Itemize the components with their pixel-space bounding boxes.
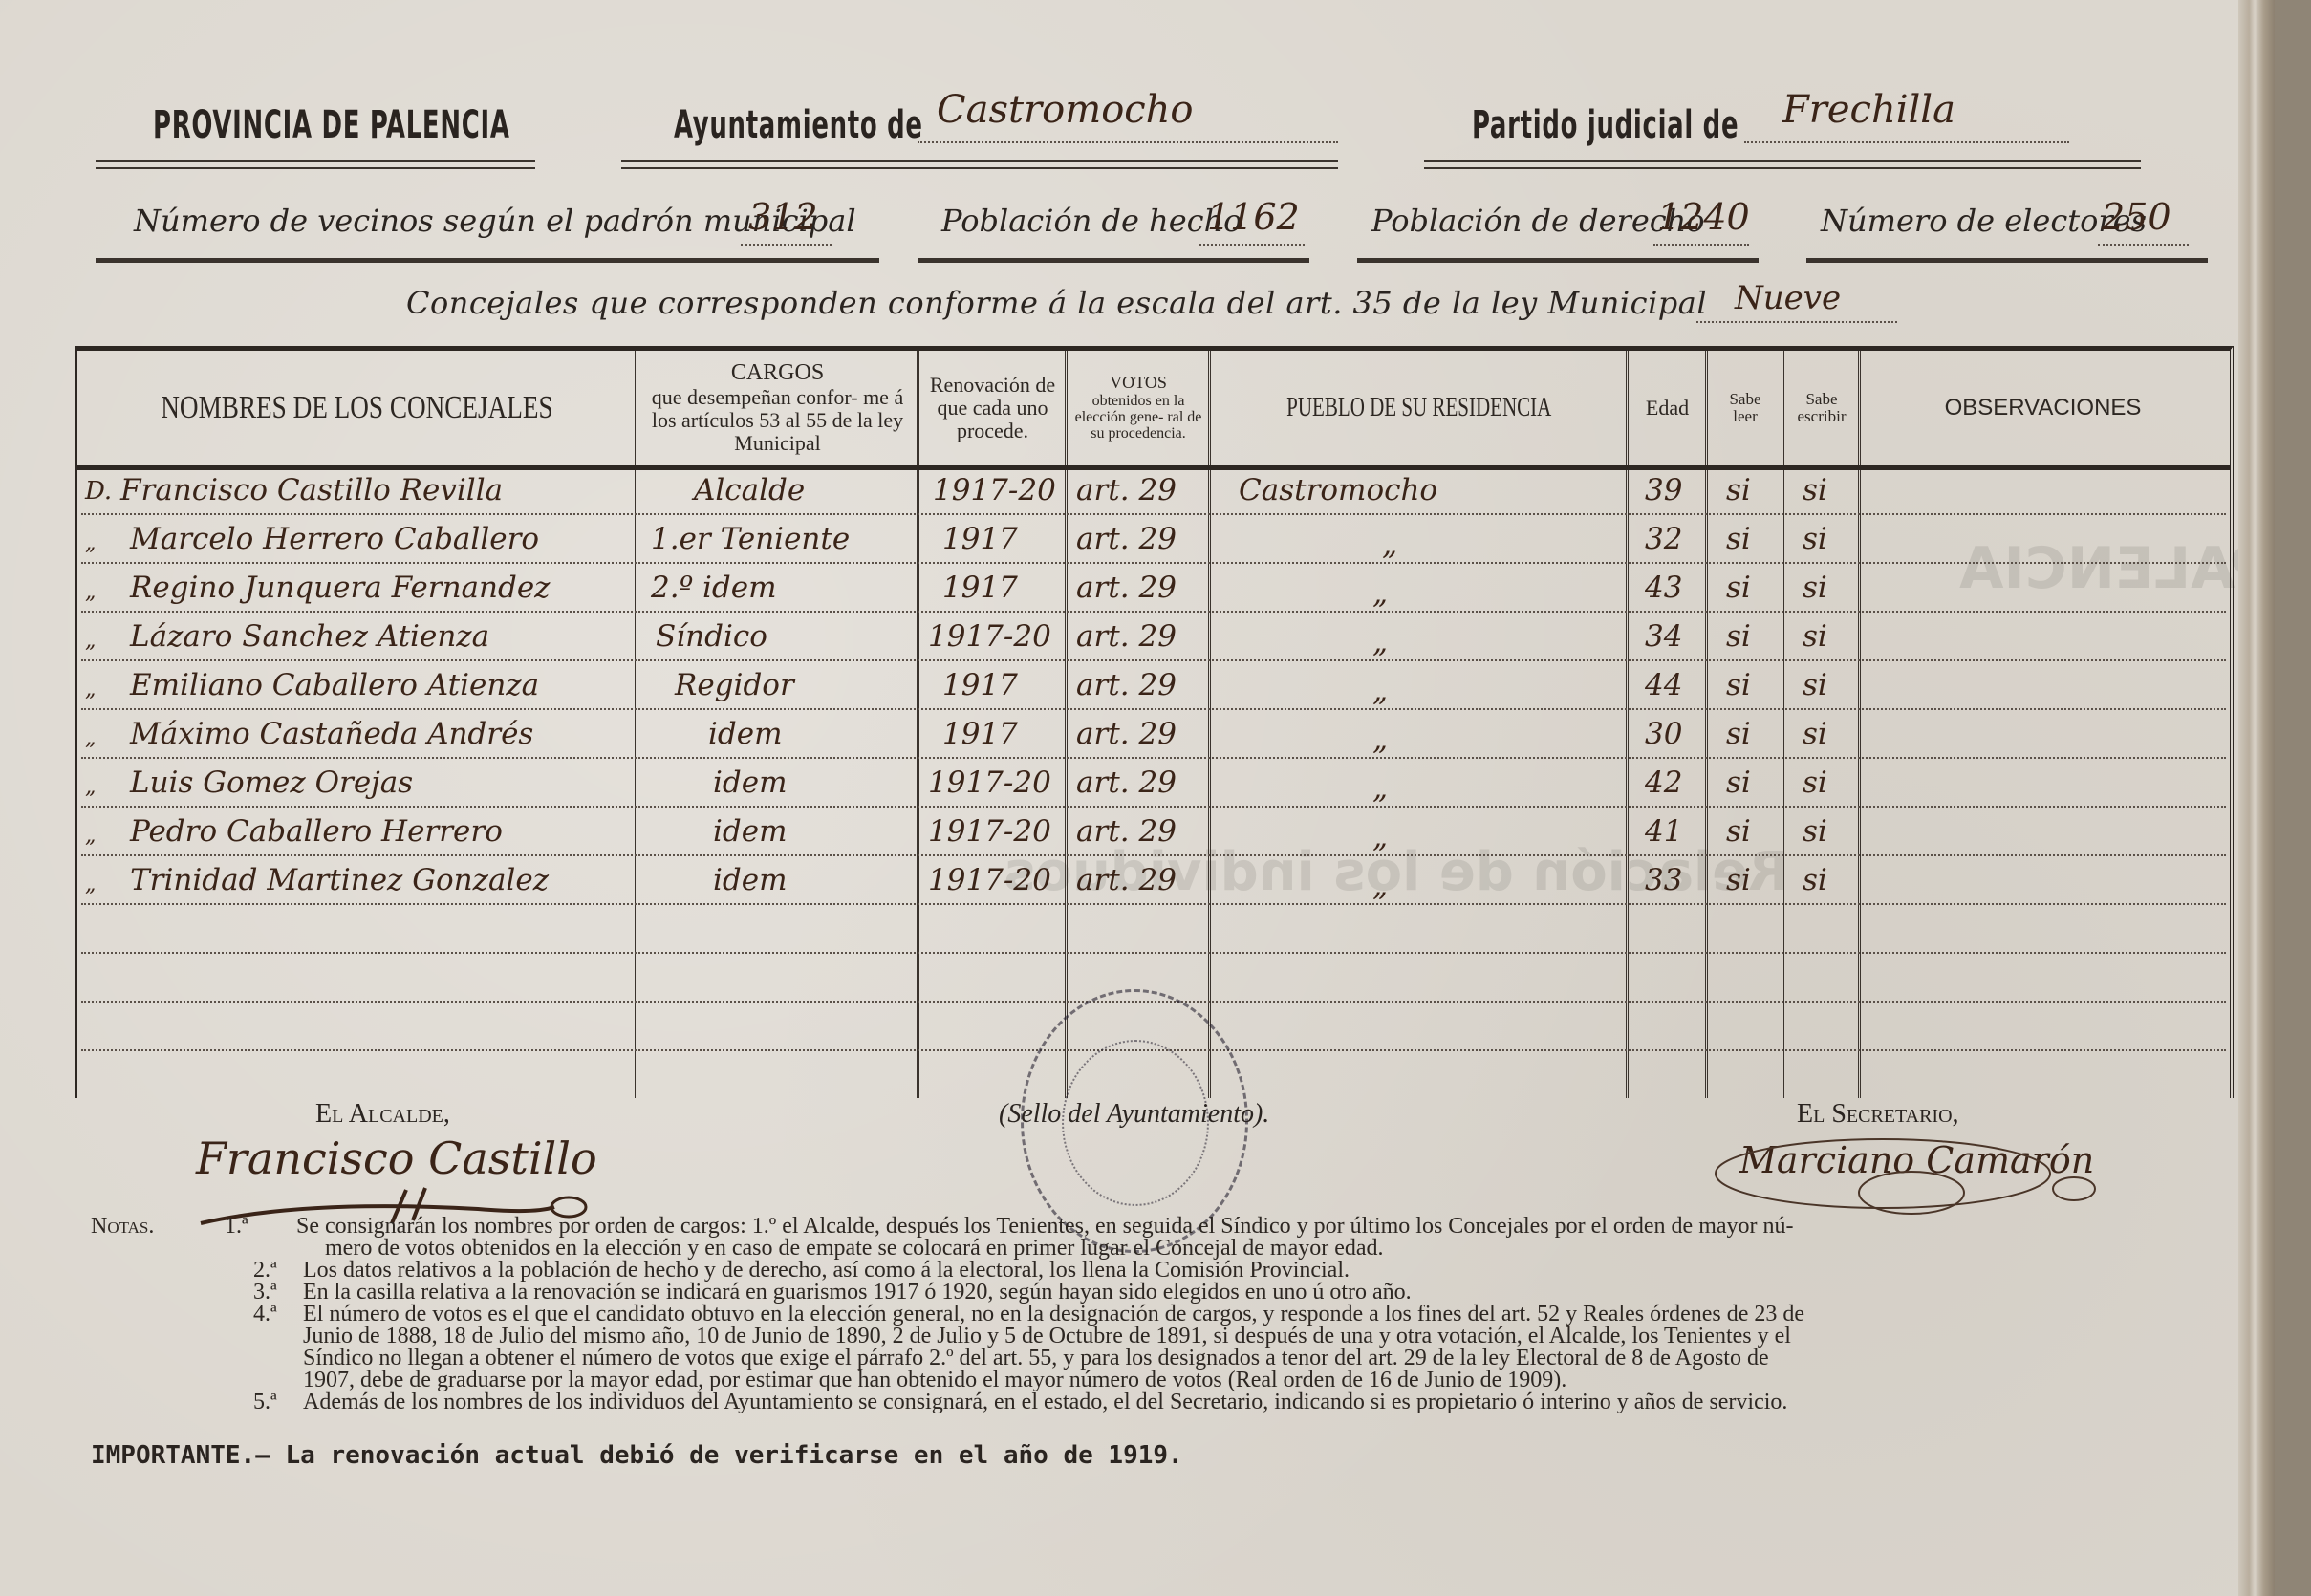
- header-sabe-leer: Sabe leer: [1707, 351, 1783, 465]
- row-edad: 44: [1645, 668, 1682, 702]
- row-leer: si: [1726, 863, 1751, 897]
- header-sabe-escribir: Sabe escribir: [1783, 351, 1860, 465]
- row-pueblo: „: [1382, 528, 1397, 562]
- row-cargo: Alcalde: [694, 473, 805, 507]
- row-prefix: „: [85, 531, 96, 555]
- row-votos: art. 29: [1076, 717, 1177, 751]
- row-rule: [81, 952, 2226, 954]
- row-nombre: Francisco Castillo Revilla: [120, 473, 503, 507]
- header-renovacion-text: Renovación de que cada uno procede.: [926, 374, 1059, 442]
- notes-label: Notas.: [91, 1216, 154, 1238]
- row-escribir: si: [1803, 571, 1827, 605]
- rule: [96, 160, 535, 169]
- important-notice: IMPORTANTE.— La renovación actual debió …: [91, 1441, 1183, 1470]
- header-votos-sub: obtenidos en la elección gene- ral de su…: [1070, 393, 1206, 442]
- note-number: 4.ª: [253, 1304, 277, 1326]
- row-escribir: si: [1803, 814, 1827, 849]
- row-votos: art. 29: [1076, 766, 1177, 800]
- row-renovacion: 1917-20: [928, 863, 1051, 897]
- electores-field: 250: [2098, 196, 2189, 246]
- row-escribir: si: [1803, 522, 1827, 556]
- row-edad: 42: [1645, 766, 1682, 800]
- vecinos-field: 312: [741, 196, 832, 246]
- row-pueblo: „: [1372, 820, 1388, 854]
- row-cargo: idem: [713, 863, 788, 897]
- row-nombre: Luis Gomez Orejas: [130, 766, 413, 800]
- note-text-cont: 1907, debe de graduarse por la mayor eda…: [303, 1370, 1566, 1391]
- row-leer: si: [1726, 522, 1751, 556]
- row-votos: art. 29: [1076, 863, 1177, 897]
- header-observaciones-text: OBSERVACIONES: [1945, 396, 2142, 421]
- header-divider: [77, 465, 2230, 470]
- partido-label: Partido judicial de: [1472, 103, 1739, 147]
- header-nombres: NOMBRES DE LOS CONCEJALES: [77, 351, 637, 465]
- rule: [1357, 258, 1759, 263]
- row-pueblo: „: [1372, 674, 1388, 708]
- row-pueblo: Castromocho: [1239, 473, 1437, 507]
- note-number: 5.ª: [253, 1391, 277, 1413]
- row-votos: art. 29: [1076, 571, 1177, 605]
- table-row: „ Emiliano Caballero Atienza Regidor 191…: [77, 668, 2230, 712]
- row-escribir: si: [1803, 717, 1827, 751]
- row-renovacion: 1917: [942, 522, 1018, 556]
- rule: [1806, 258, 2208, 263]
- header-cargos: CARGOS que desempeñan confor- me á los a…: [637, 351, 918, 465]
- note-text: Se consignarán los nombres por orden de …: [296, 1216, 1794, 1238]
- vecinos-value: 312: [741, 196, 818, 238]
- row-escribir: si: [1803, 863, 1827, 897]
- note-text: Los datos relativos a la población de he…: [303, 1260, 1350, 1282]
- table-row: „ Lázaro Sanchez Atienza Síndico 1917-20…: [77, 619, 2230, 663]
- header-nombres-text: NOMBRES DE LOS CONCEJALES: [161, 391, 552, 426]
- document-page: PALENCIA Relación de los individuos PROV…: [0, 0, 2275, 1596]
- row-prefix: D.: [85, 477, 112, 506]
- row-leer: si: [1726, 668, 1751, 702]
- row-renovacion: 1917-20: [928, 766, 1051, 800]
- note-text: En la casilla relativa a la renovación s…: [303, 1282, 1412, 1304]
- header-votos-title: VOTOS: [1110, 374, 1167, 392]
- row-pueblo: „: [1372, 576, 1388, 611]
- row-pueblo: „: [1372, 723, 1388, 757]
- note-number: 2.ª: [253, 1260, 277, 1282]
- rule: [96, 258, 879, 263]
- row-leer: si: [1726, 619, 1751, 654]
- header-cargos-title: CARGOS: [731, 361, 824, 386]
- row-prefix: „: [85, 824, 96, 848]
- row-prefix: „: [85, 726, 96, 750]
- row-edad: 33: [1645, 863, 1682, 897]
- row-prefix: „: [85, 873, 96, 896]
- header-pueblo-text: PUEBLO DE SU RESIDENCIA: [1286, 394, 1551, 422]
- row-leer: si: [1726, 571, 1751, 605]
- row-renovacion: 1917-20: [933, 473, 1056, 507]
- important-text: — La renovación actual debió de verifica…: [255, 1441, 1183, 1470]
- header-sabe-leer-text: Sabe leer: [1720, 391, 1770, 426]
- row-cargo: idem: [713, 766, 788, 800]
- row-renovacion: 1917-20: [928, 814, 1051, 849]
- poblacion-hecho-value: 1162: [1199, 196, 1300, 238]
- electores-value: 250: [2098, 196, 2171, 238]
- row-cargo: idem: [713, 814, 788, 849]
- row-nombre: Lázaro Sanchez Atienza: [130, 619, 489, 654]
- row-pueblo: „: [1372, 869, 1388, 903]
- poblacion-derecho-field: 1240: [1653, 196, 1749, 246]
- row-nombre: Trinidad Martinez Gonzalez: [130, 863, 549, 897]
- row-pueblo: „: [1372, 771, 1388, 806]
- row-votos: art. 29: [1076, 473, 1177, 507]
- important-label: IMPORTANTE.: [91, 1441, 255, 1470]
- poblacion-hecho-label: Población de hecho: [941, 203, 1242, 239]
- row-cargo: 1.er Teniente: [651, 522, 850, 556]
- concejales-table: NOMBRES DE LOS CONCEJALES CARGOS que des…: [75, 346, 2234, 1098]
- row-votos: art. 29: [1076, 619, 1177, 654]
- poblacion-derecho-value: 1240: [1653, 196, 1750, 238]
- row-nombre: Emiliano Caballero Atienza: [130, 668, 539, 702]
- row-renovacion: 1917: [942, 717, 1018, 751]
- ayuntamiento-label: Ayuntamiento de: [674, 103, 923, 147]
- row-edad: 34: [1645, 619, 1682, 654]
- concejales-field: Nueve: [1696, 279, 1897, 323]
- province-title: PROVINCIA DE PALENCIA: [153, 103, 649, 147]
- row-escribir: si: [1803, 668, 1827, 702]
- row-nombre: Marcelo Herrero Caballero: [130, 522, 539, 556]
- row-escribir: si: [1803, 619, 1827, 654]
- table-row: „ Luis Gomez Orejas idem 1917-20 art. 29…: [77, 766, 2230, 809]
- row-renovacion: 1917-20: [928, 619, 1051, 654]
- row-leer: si: [1726, 717, 1751, 751]
- sello-label: (Sello del Ayuntamiento).: [999, 1099, 1269, 1130]
- row-prefix: „: [85, 775, 96, 799]
- table-row: „ Marcelo Herrero Caballero 1.er Tenient…: [77, 522, 2230, 566]
- header-votos: VOTOS obtenidos en la elección gene- ral…: [1067, 351, 1210, 465]
- secretario-flourish-icon: [1711, 1126, 2122, 1221]
- row-nombre: Máximo Castañeda Andrés: [130, 717, 533, 751]
- partido-value: Frechilla: [1744, 88, 1955, 132]
- note-number: 3.ª: [253, 1282, 277, 1304]
- table-row: „ Trinidad Martinez Gonzalez idem 1917-2…: [77, 863, 2230, 907]
- row-votos: art. 29: [1076, 814, 1177, 849]
- note-number: 1.ª: [225, 1216, 248, 1238]
- table-row: „ Regino Junquera Fernandez 2.º idem 191…: [77, 571, 2230, 615]
- alcalde-label: El Alcalde,: [315, 1099, 450, 1130]
- rule: [1424, 160, 2141, 169]
- rule: [918, 258, 1309, 263]
- row-pueblo: „: [1372, 625, 1388, 659]
- poblacion-hecho-field: 1162: [1199, 196, 1305, 246]
- row-prefix: „: [85, 678, 96, 701]
- row-edad: 39: [1645, 473, 1682, 507]
- row-votos: art. 29: [1076, 668, 1177, 702]
- page-edge: [2238, 0, 2275, 1596]
- row-renovacion: 1917: [942, 668, 1018, 702]
- row-leer: si: [1726, 473, 1751, 507]
- row-leer: si: [1726, 766, 1751, 800]
- header-observaciones: OBSERVACIONES: [1860, 351, 2226, 465]
- row-leer: si: [1726, 814, 1751, 849]
- table-row: „ Pedro Caballero Herrero idem 1917-20 a…: [77, 814, 2230, 858]
- header-cargos-sub: que desempeñan confor- me á los artículo…: [637, 386, 918, 454]
- header-renovacion: Renovación de que cada uno procede.: [918, 351, 1067, 465]
- header-edad: Edad: [1628, 351, 1707, 465]
- ayuntamiento-value: Castromocho: [918, 88, 1194, 132]
- concejales-value: Nueve: [1696, 279, 1841, 317]
- row-nombre: Regino Junquera Fernandez: [130, 571, 551, 605]
- ayuntamiento-value-field: Castromocho: [918, 88, 1338, 143]
- row-cargo: Síndico: [656, 619, 767, 654]
- header-sabe-escribir-text: Sabe escribir: [1789, 391, 1854, 426]
- note-text-cont: Síndico no llegan a obtener el número de…: [303, 1348, 1769, 1370]
- row-edad: 30: [1645, 717, 1682, 751]
- row-prefix: „: [85, 580, 96, 604]
- rule: [621, 160, 1338, 169]
- row-votos: art. 29: [1076, 522, 1177, 556]
- note-text-cont: Junio de 1888, 18 de Julio del mismo año…: [303, 1326, 1791, 1348]
- note-text: El número de votos es el que el candidat…: [303, 1304, 1804, 1326]
- row-prefix: „: [85, 629, 96, 653]
- row-edad: 41: [1645, 814, 1682, 849]
- table-row: „ Máximo Castañeda Andrés idem 1917 art.…: [77, 717, 2230, 761]
- province-label: PROVINCIA DE PALENCIA: [153, 103, 510, 147]
- concejales-label: Concejales que corresponden conforme á l…: [406, 285, 1707, 321]
- header-edad-text: Edad: [1646, 397, 1689, 420]
- row-escribir: si: [1803, 473, 1827, 507]
- row-cargo: idem: [708, 717, 783, 751]
- row-cargo: Regidor: [675, 668, 794, 702]
- row-renovacion: 1917: [942, 571, 1018, 605]
- row-edad: 32: [1645, 522, 1682, 556]
- partido-value-field: Frechilla: [1744, 88, 2069, 143]
- row-cargo: 2.º idem: [651, 571, 777, 605]
- header-pueblo: PUEBLO DE SU RESIDENCIA: [1210, 351, 1628, 465]
- note-text-cont: mero de votos obtenidos en la elección y…: [325, 1238, 1384, 1260]
- row-nombre: Pedro Caballero Herrero: [130, 814, 503, 849]
- table-row: D. Francisco Castillo Revilla Alcalde 19…: [77, 473, 2230, 517]
- row-edad: 43: [1645, 571, 1682, 605]
- note-text: Además de los nombres de los individuos …: [303, 1391, 1787, 1413]
- row-escribir: si: [1803, 766, 1827, 800]
